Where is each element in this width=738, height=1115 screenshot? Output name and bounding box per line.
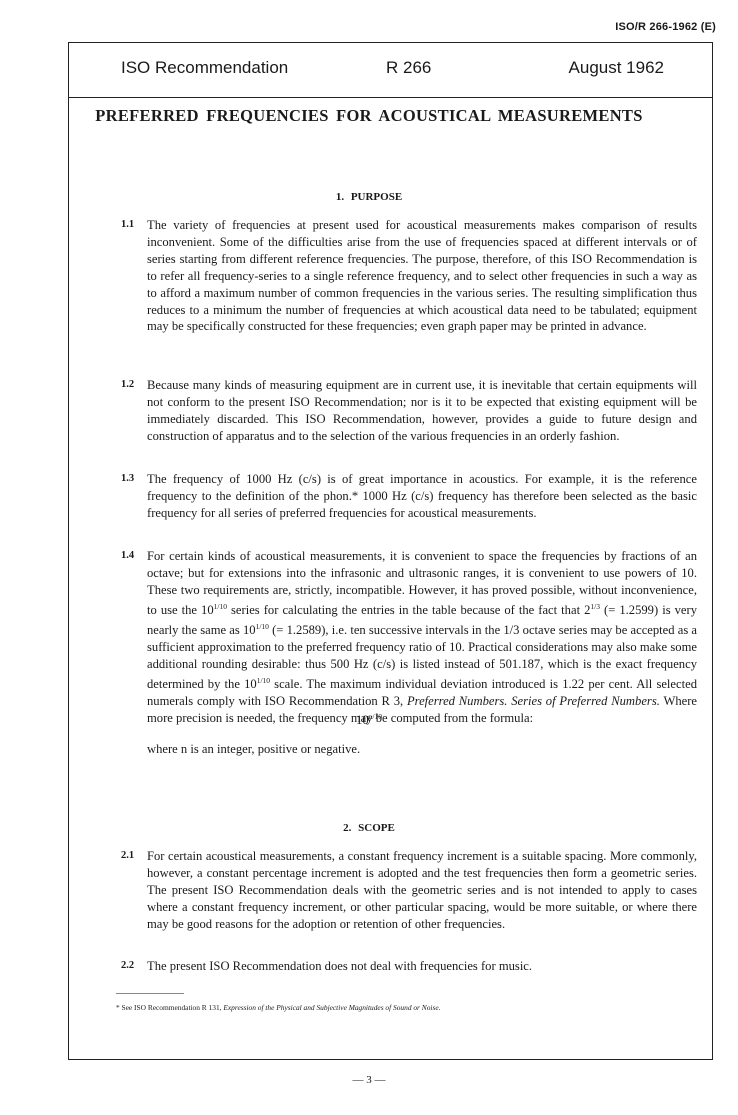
paragraph-1-3: 1.3 The frequency of 1000 Hz (c/s) is of… <box>147 471 697 522</box>
paragraph-number: 1.3 <box>121 471 134 488</box>
paragraph-text: The present ISO Recommendation does not … <box>147 959 532 973</box>
paragraph-text: The variety of frequencies at present us… <box>147 218 697 333</box>
footnote-text: * See ISO Recommendation R 131, <box>116 1003 223 1012</box>
paragraph-number: 1.1 <box>121 217 134 234</box>
paragraph-1-4: 1.4 For certain kinds of acoustical meas… <box>147 548 697 727</box>
paragraph-1-1: 1.1 The variety of frequencies at presen… <box>147 217 697 335</box>
formula: 10n/10 <box>0 712 738 728</box>
paragraph-text: series for calculating the entries in th… <box>227 603 590 617</box>
exponent: 1/10 <box>214 602 227 611</box>
paragraph-number: 1.2 <box>121 377 134 394</box>
reference-title: Preferred Numbers. Series of Preferred N… <box>407 694 660 708</box>
formula-explanation: where n is an integer, positive or negat… <box>147 741 697 758</box>
header-date: August 1962 <box>569 58 664 78</box>
formula-base: 10 <box>356 713 369 727</box>
header-series: ISO Recommendation <box>121 58 288 78</box>
footnote-divider <box>116 993 184 994</box>
paragraph-text: For certain acoustical measurements, a c… <box>147 849 697 931</box>
exponent: 1/10 <box>256 622 269 631</box>
formula-exponent: n/10 <box>369 712 382 721</box>
paragraph-number: 1.4 <box>121 548 134 565</box>
document-id: ISO/R 266-1962 (E) <box>615 21 716 33</box>
paragraph-number: 2.1 <box>121 848 134 865</box>
paragraph-2-1: 2.1 For certain acoustical measurements,… <box>147 848 697 933</box>
footnote-reference-title: Expression of the Physical and Subjectiv… <box>223 1003 440 1012</box>
page-number: — 3 — <box>0 1074 738 1086</box>
footnote: * See ISO Recommendation R 131, Expressi… <box>116 1003 440 1012</box>
document-title: PREFERRED FREQUENCIES FOR ACOUSTICAL MEA… <box>0 106 738 126</box>
paragraph-1-2: 1.2 Because many kinds of measuring equi… <box>147 377 697 445</box>
header-band: ISO Recommendation R 266 August 1962 <box>69 43 712 98</box>
header-number: R 266 <box>386 58 431 78</box>
section-heading-purpose: 1. PURPOSE <box>0 191 738 203</box>
paragraph-2-2: 2.2 The present ISO Recommendation does … <box>147 958 697 975</box>
paragraph-text: Because many kinds of measuring equipmen… <box>147 378 697 443</box>
paragraph-text: The frequency of 1000 Hz (c/s) is of gre… <box>147 472 697 520</box>
exponent: 1/10 <box>257 676 270 685</box>
paragraph-number: 2.2 <box>121 958 134 975</box>
exponent: 1/3 <box>590 602 600 611</box>
section-heading-scope: 2. SCOPE <box>0 822 738 834</box>
